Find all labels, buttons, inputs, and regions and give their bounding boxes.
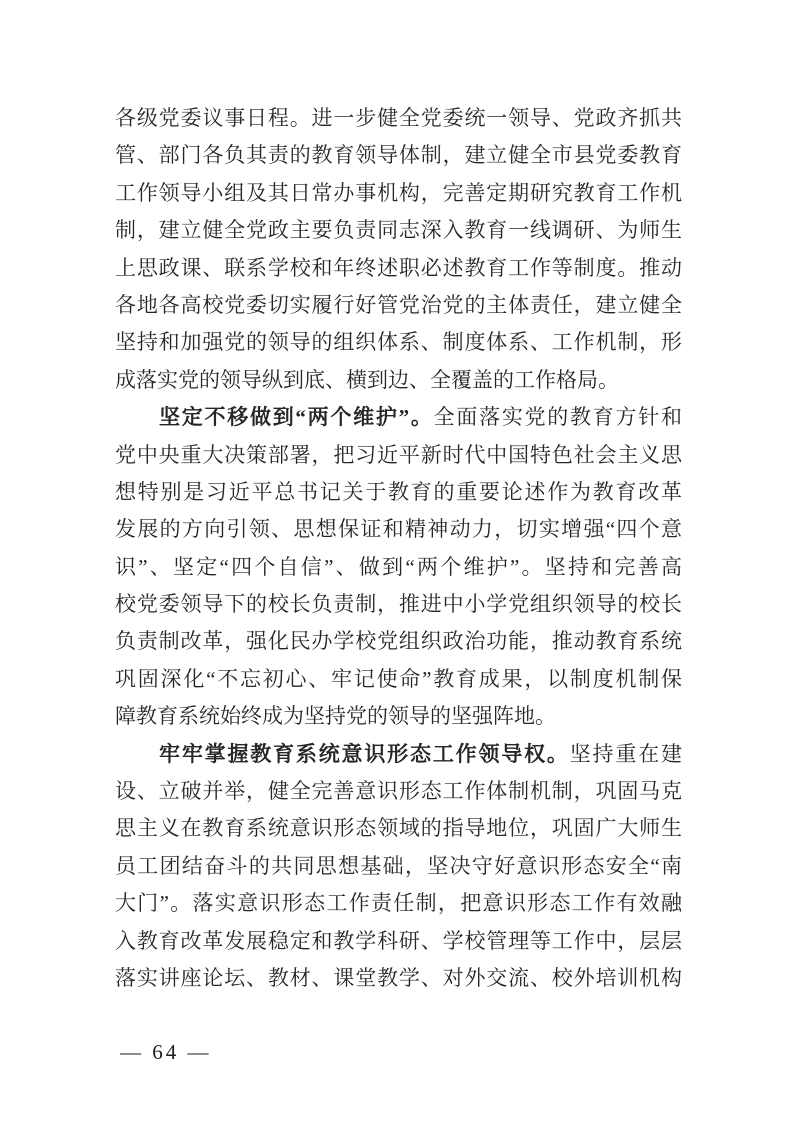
body-line: 坚定不移做到“两个维护”。全面落实党的教育方针和 [115, 399, 682, 436]
body-line: 思主义在教育系统意识形态领域的指导地位，巩固广大师生 [115, 810, 682, 847]
body-line: 校党委领导下的校长负责制，推进中小学党组织领导的校长 [115, 586, 682, 623]
body-line: 各地各高校党委切实履行好管党治党的主体责任，建立健全 [115, 287, 682, 324]
body-text: 全面落实党的教育方针和 [434, 405, 682, 429]
body-line: 党中央重大决策部署，把习近平新时代中国特色社会主义思 [115, 437, 682, 474]
body-line: 工作领导小组及其日常办事机构，完善定期研究教育工作机 [115, 175, 682, 212]
body-line: 各级党委议事日程。进一步健全党委统一领导、党政齐抓共 [115, 100, 682, 137]
body-line: 大门”。落实意识形态工作责任制，把意识形态工作有效融 [115, 885, 682, 922]
body-line: 发展的方向引领、思想保证和精神动力，切实增强“四个意 [115, 511, 682, 548]
body-line: 入教育改革发展稳定和教学科研、学校管理等工作中，层层 [115, 923, 682, 960]
body-line: 员工团结奋斗的共同思想基础，坚决守好意识形态安全“南 [115, 848, 682, 885]
paragraph-2-lead-heading: 坚定不移做到“两个维护”。 [159, 405, 434, 429]
body-line: 落实讲座论坛、教材、课堂教学、对外交流、校外培训机构 [115, 960, 682, 997]
page-number: — 64 — [120, 1038, 212, 1066]
body-line: 上思政课、联系学校和年终述职必述教育工作等制度。推动 [115, 250, 682, 287]
body-line: 制，建立健全党政主要负责同志深入教育一线调研、为师生 [115, 212, 682, 249]
paragraph-1: 各级党委议事日程。进一步健全党委统一领导、党政齐抓共 管、部门各负其责的教育领导… [115, 100, 682, 399]
body-line: 管、部门各负其责的教育领导体制，建立健全市县党委教育 [115, 137, 682, 174]
paragraph-3: 牢牢掌握教育系统意识形态工作领导权。坚持重在建 设、立破并举，健全完善意识形态工… [115, 736, 682, 998]
body-line: 设、立破并举，健全完善意识形态工作体制机制，巩固马克 [115, 773, 682, 810]
body-line: 成落实党的领导纵到底、横到边、全覆盖的工作格局。 [115, 362, 682, 399]
document-page: 各级党委议事日程。进一步健全党委统一领导、党政齐抓共 管、部门各负其责的教育领导… [0, 0, 793, 1122]
body-text: 坚持重在建 [570, 742, 682, 766]
body-line: 坚持和加强党的领导的组织体系、制度体系、工作机制，形 [115, 324, 682, 361]
body-line: 障教育系统始终成为坚持党的领导的坚强阵地。 [115, 698, 682, 735]
text-block: 各级党委议事日程。进一步健全党委统一领导、党政齐抓共 管、部门各负其责的教育领导… [115, 100, 682, 997]
body-line: 巩固深化“不忘初心、牢记使命”教育成果，以制度机制保 [115, 661, 682, 698]
body-line: 想特别是习近平总书记关于教育的重要论述作为教育改革 [115, 474, 682, 511]
paragraph-2: 坚定不移做到“两个维护”。全面落实党的教育方针和 党中央重大决策部署，把习近平新… [115, 399, 682, 736]
body-line: 负责制改革，强化民办学校党组织政治功能，推动教育系统 [115, 623, 682, 660]
body-line: 识”、坚定“四个自信”、做到“两个维护”。坚持和完善高 [115, 549, 682, 586]
body-line: 牢牢掌握教育系统意识形态工作领导权。坚持重在建 [115, 736, 682, 773]
paragraph-3-lead-heading: 牢牢掌握教育系统意识形态工作领导权。 [159, 742, 570, 766]
